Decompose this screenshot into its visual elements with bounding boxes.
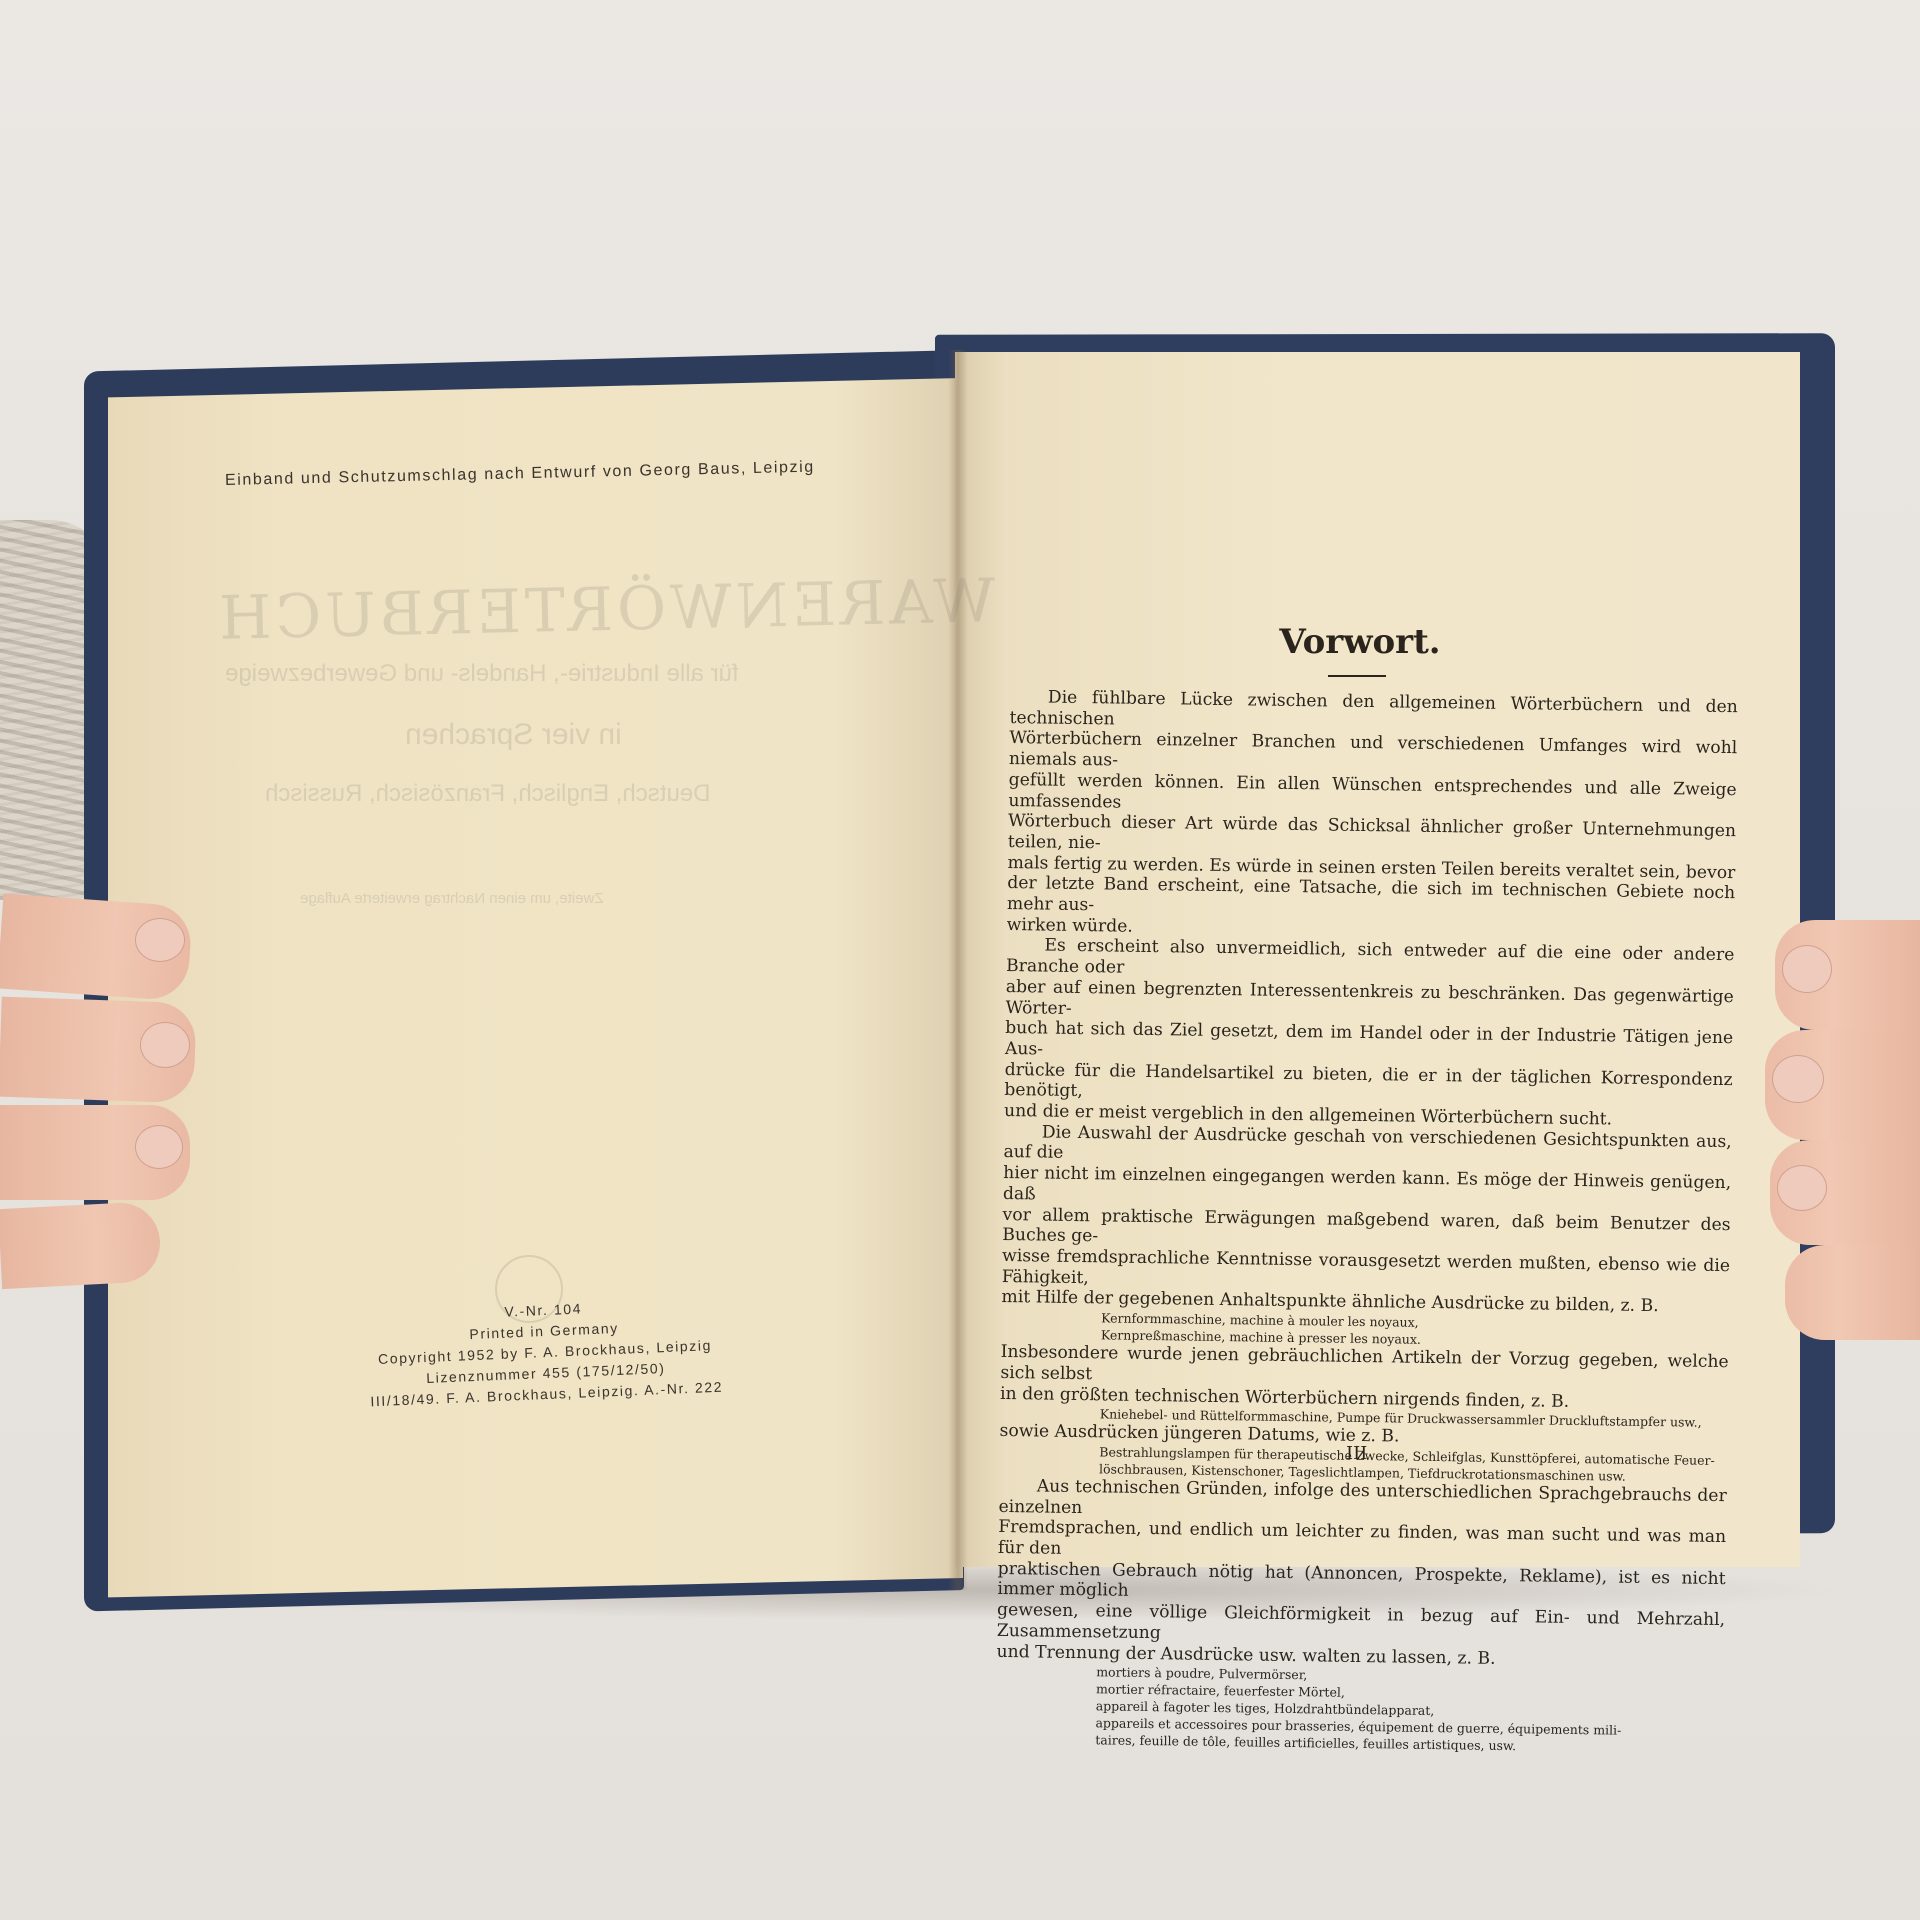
show-through-languages: Deutsch, Englisch, Französisch, Russisch [265,780,711,808]
left-hand-finger [0,1201,162,1289]
fingernail [1782,945,1832,993]
paragraph: Die fühlbare Lücke zwischen den allgemei… [1007,687,1738,946]
heading-divider [1328,675,1386,677]
example-list: mortiers à poudre, Pulvermörser,mortier … [995,1662,1724,1757]
paragraph: Die Auswahl der Ausdrücke geschah von ve… [1001,1122,1732,1318]
page-title: Vorwort. [1240,622,1480,662]
preface-body: Die fühlbare Lücke zwischen den allgemei… [995,687,1738,1757]
fingernail [1772,1055,1824,1103]
paragraph: Es erscheint also unvermeidlich, sich en… [1004,935,1735,1131]
imprint-block: V.-Nr. 104 Printed in Germany Copyright … [328,1291,762,1414]
paragraph: Insbesondere wurde jenen gebräuchlichen … [1000,1342,1729,1414]
paragraph: Aus technischen Gründen, infolge des unt… [996,1476,1727,1672]
show-through-languages-intro: in vier Sprachen [405,718,622,752]
page-number: III [1346,1443,1367,1464]
fingernail [1777,1165,1827,1211]
fingernail [135,918,185,962]
fingernail [135,1125,183,1169]
show-through-edition: Zweite, um einen Nachtrag erweiterte Auf… [300,890,604,907]
fingernail [140,1022,190,1068]
right-hand-finger [1785,1245,1920,1340]
book-gutter [948,350,968,1590]
show-through-subtitle: für alle Industrie-, Handels- und Gewerb… [225,660,739,688]
left-page [108,378,963,1597]
